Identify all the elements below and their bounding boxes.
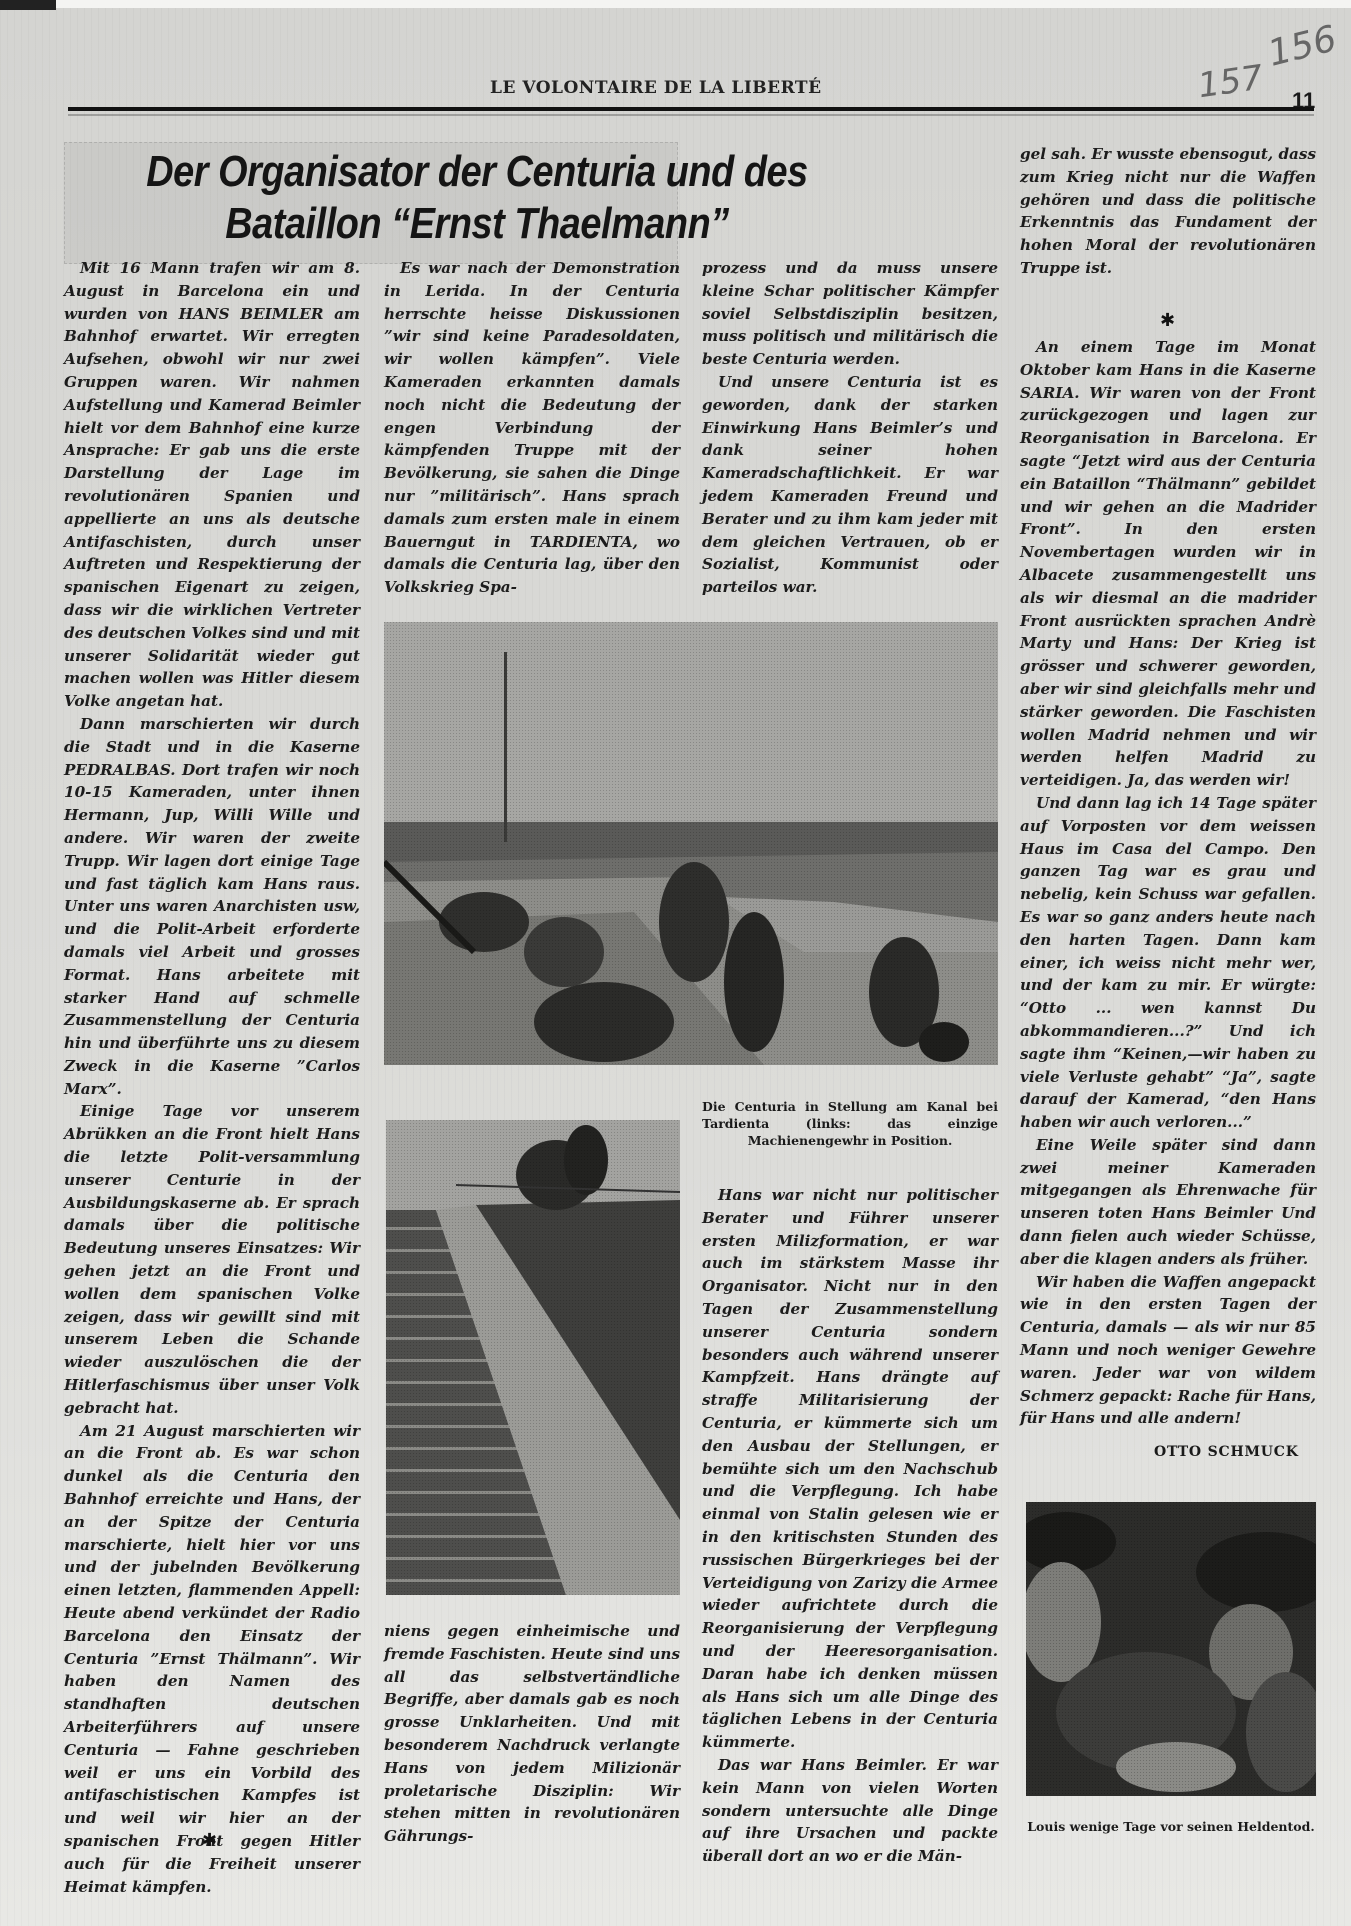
article-column-3-bottom: Hans war nicht nur politischer Berater u… [702,1184,998,1868]
article-column-3-top: prozess und da muss unsere kleine Schar … [702,257,998,599]
paragraph: Wir haben die Waffen angepackt wie in de… [1020,1271,1316,1431]
article-column-4-top: gel sah. Er wusste ebensogut, dass zum K… [1020,143,1316,280]
article-column-2-bottom: niens gegen einheimische und fremde Fasc… [384,1620,680,1848]
paragraph: niens gegen einheimische und fremde Fasc… [384,1620,680,1848]
paragraph: Und dann lag ich 14 Tage später auf Vorp… [1020,792,1316,1134]
article-headline: Der Organisator der Centuria und des Bat… [90,146,864,250]
photo-caption: Louis wenige Tage vor seinen Heldentod. [1026,1818,1316,1835]
paragraph: Einige Tage vor unserem Abrükken an die … [64,1100,360,1419]
star-separator-icon: ✱ [202,1830,217,1851]
article-column-2-top: Es war nach der Demonstration in Lerida.… [384,257,680,599]
header-rule-shadow [68,114,1314,116]
handwritten-number: 157 [1196,58,1266,107]
article-column-4-bottom: An einem Tage im Monat Oktober kam Hans … [1020,336,1316,1430]
paragraph: Eine Weile später sind dann zwei meiner … [1020,1134,1316,1271]
header-rule [68,107,1314,111]
photo-canal-stairs [386,1120,680,1595]
paragraph: Mit 16 Mann trafen wir am 8. August in B… [64,257,360,713]
paragraph: Es war nach der Demonstration in Lerida.… [384,257,680,599]
paragraph: gel sah. Er wusste ebensogut, dass zum K… [1020,143,1316,280]
headline-line-2: Bataillon “Ernst Thaelmann” [90,198,864,250]
photo-louis-portrait [1026,1502,1316,1796]
photo-two-men-icon [1026,1502,1316,1796]
handwritten-number: 156 [1264,18,1341,74]
paragraph: Am 21 August marschierten wir an die Fro… [64,1420,360,1899]
photo-soldiers-trench-icon [384,622,998,1065]
article-column-1: Mit 16 Mann trafen wir am 8. August in B… [64,257,360,1898]
photo-centuria-at-canal [384,622,998,1065]
scan-top-edge [0,0,1351,8]
paragraph: Hans war nicht nur politischer Berater u… [702,1184,998,1754]
photo-caption: Die Centuria in Stellung am Kanal bei Ta… [702,1098,998,1149]
paragraph: An einem Tage im Monat Oktober kam Hans … [1020,336,1316,792]
paragraph: Das war Hans Beimler. Er war kein Mann v… [702,1754,998,1868]
paragraph: prozess und da muss unsere kleine Schar … [702,257,998,371]
scan-corner-mark [0,0,56,10]
paragraph: Dann marschierten wir durch die Stadt un… [64,713,360,1101]
author-signature: OTTO SCHMUCK [1154,1444,1299,1460]
star-separator-icon: ✱ [1160,310,1175,331]
headline-line-1: Der Organisator der Centuria und des [146,147,808,196]
publication-name: LE VOLONTAIRE DE LA LIBERTÉ [490,78,822,98]
paragraph: Und unsere Centuria ist es geworden, dan… [702,371,998,599]
photo-stairs-icon [386,1120,680,1595]
